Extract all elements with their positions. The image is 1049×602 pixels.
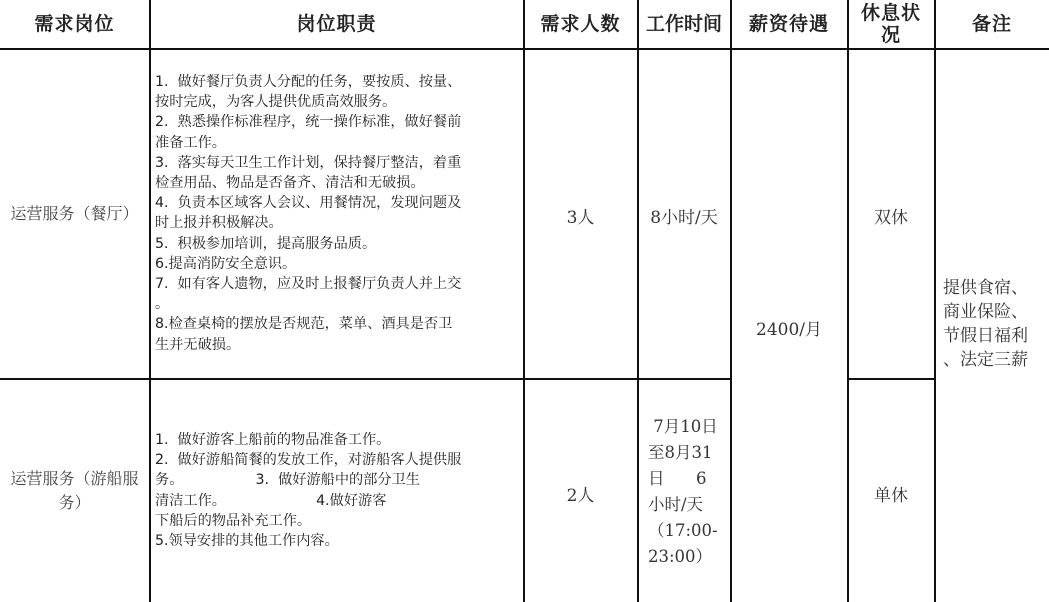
row1-duties: 1. 做好餐厅负责人分配的任务，要按质、按量、 按时完成，为客人提供优质高效服务… <box>151 50 523 378</box>
row2-rest: 单休 <box>848 478 934 508</box>
duty-line: 6.提高消防安全意识。 <box>155 254 296 274</box>
duty-line: 5. 积极参加培训，提高服务品质。 <box>155 234 376 254</box>
duty-line: 准备工作。 <box>155 133 226 153</box>
header-work-hours-label: 工作时间 <box>646 13 722 35</box>
row1-work-hours-text: 8小时/天 <box>650 203 718 228</box>
remarks-line: 节假日福利 <box>943 324 1028 348</box>
duty-line: 2. 做好游船简餐的发放工作，对游船客人提供服 <box>155 450 461 470</box>
duty-line: 1. 做好餐厅负责人分配的任务，要按质、按量、 <box>155 72 461 92</box>
remarks-line: 、法定三薪 <box>943 348 1028 372</box>
schedule-line: （17:00- <box>648 518 718 544</box>
duty-line: 清洁工作。 4.做好游客 <box>155 491 386 511</box>
duty-line: 生并无破损。 <box>155 335 240 355</box>
duty-line: 1. 做好游客上船前的物品准备工作。 <box>155 430 390 450</box>
row1-work-hours: 8小时/天 <box>638 200 730 230</box>
duty-line: 。 <box>155 294 169 314</box>
header-position-label: 需求岗位 <box>34 13 114 35</box>
header-headcount: 需求人数 <box>524 0 637 48</box>
row2-headcount-text: 2人 <box>567 481 595 506</box>
header-salary: 薪资待遇 <box>731 0 847 48</box>
row1-rest-text: 双休 <box>874 203 908 228</box>
row1-headcount: 3人 <box>524 200 637 230</box>
row2-position: 运营服务（游船服 务） <box>0 380 149 602</box>
remarks-merged: 提供食宿、 商业保险、 节假日福利 、法定三薪 <box>935 276 1049 380</box>
column-divider <box>847 0 849 602</box>
row1-rest: 双休 <box>848 200 934 230</box>
header-salary-label: 薪资待遇 <box>749 13 829 35</box>
duty-line: 检查用品、物品是否备齐、清洁和无破损。 <box>155 173 425 193</box>
header-headcount-label: 需求人数 <box>540 13 620 35</box>
schedule-line: 小时/天 <box>648 492 703 518</box>
salary-merged: 2400/月 <box>731 312 847 342</box>
header-remarks-label: 备注 <box>972 13 1012 35</box>
row2-work-hours: 7月10日 至8月31 日 6 小时/天 （17:00- 23:00） <box>638 414 730 574</box>
duty-line: 时上报并积极解决。 <box>155 213 283 233</box>
duty-line: 2. 熟悉操作标准程序，统一操作标准，做好餐前 <box>155 112 461 132</box>
duty-line: 5.领导安排的其他工作内容。 <box>155 531 339 551</box>
salary-text: 2400/月 <box>756 315 822 340</box>
header-position: 需求岗位 <box>0 0 149 48</box>
column-divider <box>523 0 525 602</box>
row1-headcount-text: 3人 <box>567 203 595 228</box>
header-rest: 休息状 况 <box>848 0 934 48</box>
schedule-line: 至8月31 <box>648 440 713 466</box>
row2-position-text-line2: 务） <box>58 491 90 515</box>
duty-line: 8.检查桌椅的摆放是否规范，菜单、酒具是否卫 <box>155 314 452 334</box>
schedule-line: 日 6 <box>648 466 706 492</box>
header-remarks: 备注 <box>935 0 1049 48</box>
duty-line: 4. 负责本区域客人会议、用餐情况，发现问题及 <box>155 193 461 213</box>
remarks-line: 商业保险、 <box>943 300 1028 324</box>
row-divider <box>847 378 935 380</box>
row2-rest-text: 单休 <box>874 481 908 506</box>
header-duties: 岗位职责 <box>150 0 523 48</box>
duty-line: 务。 3. 做好游船中的部分卫生 <box>155 470 420 490</box>
row1-position-text: 运营服务（餐厅） <box>10 202 138 226</box>
row1-position: 运营服务（餐厅） <box>0 50 149 378</box>
row2-headcount: 2人 <box>524 478 637 508</box>
remarks-line: 提供食宿、 <box>943 276 1028 300</box>
duty-line: 3. 落实每天卫生工作计划，保持餐厅整洁，着重 <box>155 153 461 173</box>
header-rest-label-line1: 休息状 <box>861 2 921 24</box>
schedule-line: 7月10日 <box>648 414 718 440</box>
column-divider <box>730 0 732 602</box>
duty-line: 下船后的物品补充工作。 <box>155 511 311 531</box>
job-table: 需求岗位 岗位职责 需求人数 工作时间 薪资待遇 休息状 况 备注 运营服务（餐… <box>0 0 1049 602</box>
schedule-line: 23:00） <box>648 544 712 570</box>
row2-duties: 1. 做好游客上船前的物品准备工作。 2. 做好游船简餐的发放工作，对游船客人提… <box>151 380 523 602</box>
duty-line: 7. 如有客人遗物，应及时上报餐厅负责人并上交 <box>155 274 461 294</box>
header-duties-label: 岗位职责 <box>296 13 376 35</box>
duty-line: 按时完成，为客人提供优质高效服务。 <box>155 92 396 112</box>
header-rest-label-line2: 况 <box>881 24 901 46</box>
row2-position-text-line1: 运营服务（游船服 <box>10 467 138 491</box>
header-work-hours: 工作时间 <box>638 0 730 48</box>
